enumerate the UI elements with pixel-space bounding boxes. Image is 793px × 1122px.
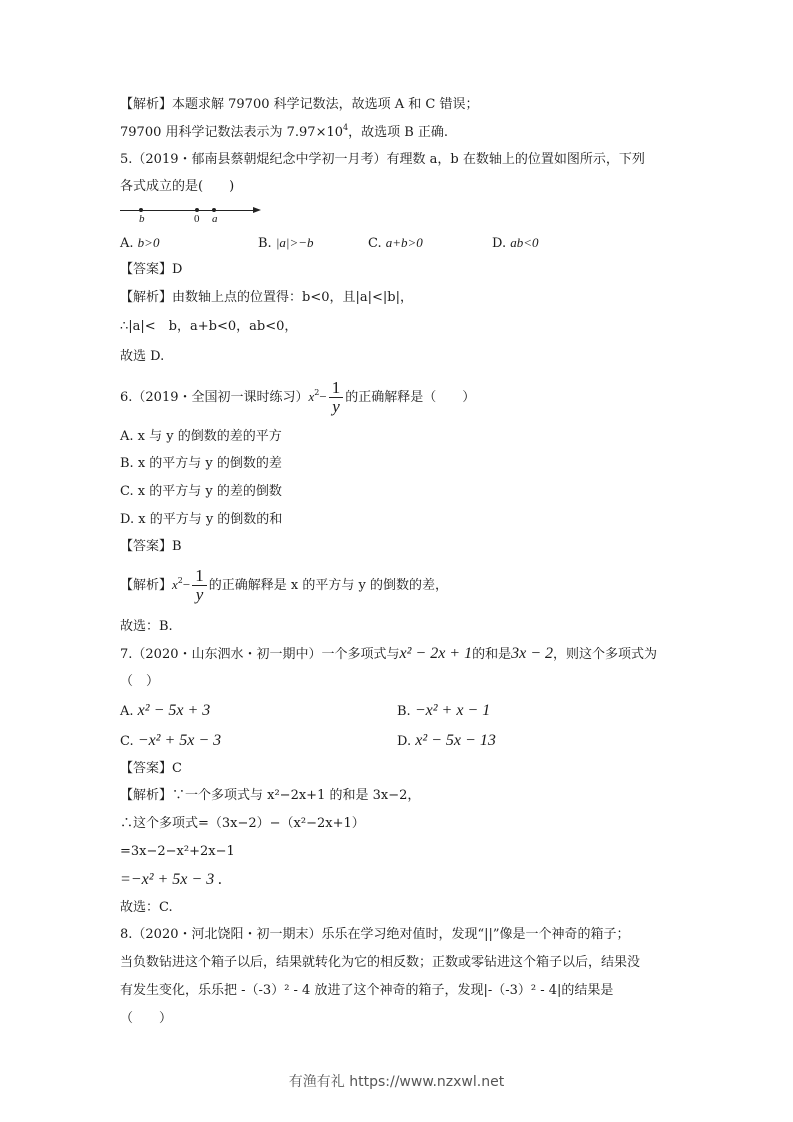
q6-stem-suffix: 的正确解释是（ ） bbox=[345, 390, 475, 405]
option-text: −x² + x − 1 bbox=[415, 702, 490, 719]
q6-stem: 6.（2019・全国初一课时练习）x2−1y的正确解释是（ ） bbox=[120, 378, 475, 417]
option-text: b>0 bbox=[138, 235, 160, 250]
option-text: x 的平方与 y 的倒数的和 bbox=[138, 512, 282, 527]
q6-fraction: 1y bbox=[329, 379, 344, 416]
q6-analysis-suffix: 的正确解释是 x 的平方与 y 的倒数的差， bbox=[209, 578, 448, 593]
option-text: x² − 5x + 3 bbox=[138, 702, 211, 719]
fraction-numerator: 1 bbox=[192, 567, 207, 586]
q6-analysis-fraction: 1y bbox=[192, 567, 207, 604]
option-label: D. bbox=[120, 512, 134, 527]
q6-expr-minus: − bbox=[319, 389, 326, 404]
q8-stem-line2: 当负数钻进这个箱子以后，结果就转化为它的相反数；正数或零钻进这个箱子以后，结果没 bbox=[120, 954, 640, 972]
q7-conclusion: 故选：C. bbox=[120, 899, 173, 917]
q6-stem-prefix: 6.（2019・全国初一课时练习） bbox=[120, 390, 309, 405]
q7-analysis-line2: ∴这个多项式=（3x−2）−（x²−2x+1） bbox=[120, 815, 365, 833]
option-text: x 与 y 的倒数的差的平方 bbox=[138, 429, 282, 444]
option-label: B. bbox=[120, 456, 134, 471]
option-label: C. bbox=[120, 484, 134, 499]
q6-option-a: A. x 与 y 的倒数的差的平方 bbox=[120, 428, 282, 446]
q5-option-d: D. ab<0 bbox=[492, 234, 539, 253]
q6-conclusion: 故选：B. bbox=[120, 618, 173, 636]
point-zero bbox=[195, 208, 199, 212]
q5-option-b: B. |a|>−b bbox=[258, 234, 314, 253]
label-zero: 0 bbox=[194, 213, 200, 225]
q7-analysis-line3: =3x−2−x²+2x−1 bbox=[120, 843, 235, 861]
q5-answer: 【答案】D bbox=[120, 261, 182, 279]
option-text: |a|>−b bbox=[276, 235, 314, 250]
option-text: x 的平方与 y 的差的倒数 bbox=[138, 484, 282, 499]
q7-stem-line2: （ ） bbox=[120, 673, 159, 691]
q7-option-d: D. x² − 5x − 13 bbox=[397, 732, 496, 751]
option-label: C. bbox=[368, 236, 382, 251]
fraction-numerator: 1 bbox=[329, 379, 344, 398]
option-text: ab<0 bbox=[510, 235, 538, 250]
q8-stem-line3: 有发生变化，乐乐把 -（-3）² - 4 放进了这个神奇的箱子，发现|-（-3）… bbox=[120, 982, 613, 1000]
q7-option-c: C. −x² + 5x − 3 bbox=[120, 732, 221, 751]
q8-stem-line1: 8.（2020・河北饶阳・初一期末）乐乐在学习绝对值时，发现“||”像是一个神奇… bbox=[120, 926, 630, 944]
q5-stem-line2: 各式成立的是( ) bbox=[120, 178, 234, 196]
q4-analysis-line2: 79700 用科学记数法表示为 7.97×104，故选项 B 正确. bbox=[120, 124, 448, 142]
number-line-figure: b 0 a bbox=[120, 204, 265, 228]
q8-stem-line4: （ ） bbox=[120, 1010, 172, 1028]
q6-option-b: B. x 的平方与 y 的倒数的差 bbox=[120, 455, 282, 473]
q7-option-a: A. x² − 5x + 3 bbox=[120, 702, 210, 721]
q5-analysis-line2: ∴|a|< b，a+b<0，ab<0， bbox=[120, 318, 297, 336]
q7-stem-prefix: 7.（2020・山东泗水・初一期中）一个多项式与 bbox=[120, 647, 400, 662]
option-text: x 的平方与 y 的倒数的差 bbox=[138, 456, 282, 471]
option-text: −x² + 5x − 3 bbox=[138, 732, 221, 749]
option-label: C. bbox=[120, 734, 134, 749]
q6-analysis-expr-minus: − bbox=[183, 577, 190, 592]
q7-analysis-line1: 【解析】∵一个多项式与 x²−2x+1 的和是 3x−2， bbox=[120, 787, 420, 805]
q6-option-d: D. x 的平方与 y 的倒数的和 bbox=[120, 511, 282, 529]
q5-stem-line1: 5.（2019・郁南县蔡朝焜纪念中学初一月考）有理数 a，b 在数轴上的位置如图… bbox=[120, 151, 645, 169]
point-b bbox=[139, 208, 143, 212]
q5-analysis-line3: 故选 D. bbox=[120, 348, 164, 366]
point-a bbox=[212, 208, 216, 212]
q7-answer: 【答案】C bbox=[120, 760, 182, 778]
label-b: b bbox=[139, 213, 145, 225]
option-label: D. bbox=[492, 236, 506, 251]
option-label: B. bbox=[258, 236, 272, 251]
label-a: a bbox=[212, 213, 218, 225]
q7-poly1: x² − 2x + 1 bbox=[400, 645, 473, 662]
q7-option-b: B. −x² + x − 1 bbox=[397, 702, 490, 721]
q5-option-a: A. b>0 bbox=[120, 234, 159, 253]
q6-analysis-prefix: 【解析】 bbox=[120, 578, 172, 593]
q6-analysis: 【解析】x2−1y的正确解释是 x 的平方与 y 的倒数的差， bbox=[120, 566, 448, 605]
q4-analysis-line1: 【解析】本题求解 79700 科学记数法，故选项 A 和 C 错误； bbox=[120, 96, 478, 114]
q7-stem-mid: 的和是 bbox=[472, 647, 511, 662]
option-text: a+b>0 bbox=[386, 235, 423, 250]
q5-analysis-line1: 【解析】由数轴上点的位置得：b<0，且|a|<|b|， bbox=[120, 289, 413, 307]
q6-answer: 【答案】B bbox=[120, 538, 182, 556]
q7-analysis-line4: =−x² + 5x − 3 . bbox=[120, 871, 222, 889]
q7-poly2: 3x − 2 bbox=[511, 645, 553, 662]
option-label: D. bbox=[397, 734, 411, 749]
option-label: A. bbox=[120, 704, 134, 719]
q6-option-c: C. x 的平方与 y 的差的倒数 bbox=[120, 483, 282, 501]
q4-analysis-text: 79700 用科学记数法表示为 7.97×10 bbox=[120, 125, 343, 140]
q4-analysis-text-end: ，故选项 B 正确. bbox=[348, 125, 448, 140]
fraction-denominator: y bbox=[329, 398, 344, 416]
option-label: A. bbox=[120, 236, 134, 251]
option-label: B. bbox=[397, 704, 411, 719]
option-label: A. bbox=[120, 429, 134, 444]
q7-stem-line1: 7.（2020・山东泗水・初一期中）一个多项式与x² − 2x + 1的和是3x… bbox=[120, 645, 657, 664]
option-text: x² − 5x − 13 bbox=[415, 732, 496, 749]
q5-option-c: C. a+b>0 bbox=[368, 234, 423, 253]
fraction-denominator: y bbox=[192, 586, 207, 604]
q7-stem-suffix: ，则这个多项式为 bbox=[553, 647, 657, 662]
arrow-right-icon bbox=[253, 207, 261, 213]
footer-watermark: 有渔有礼 https://www.nzxwl.net bbox=[0, 1071, 793, 1091]
